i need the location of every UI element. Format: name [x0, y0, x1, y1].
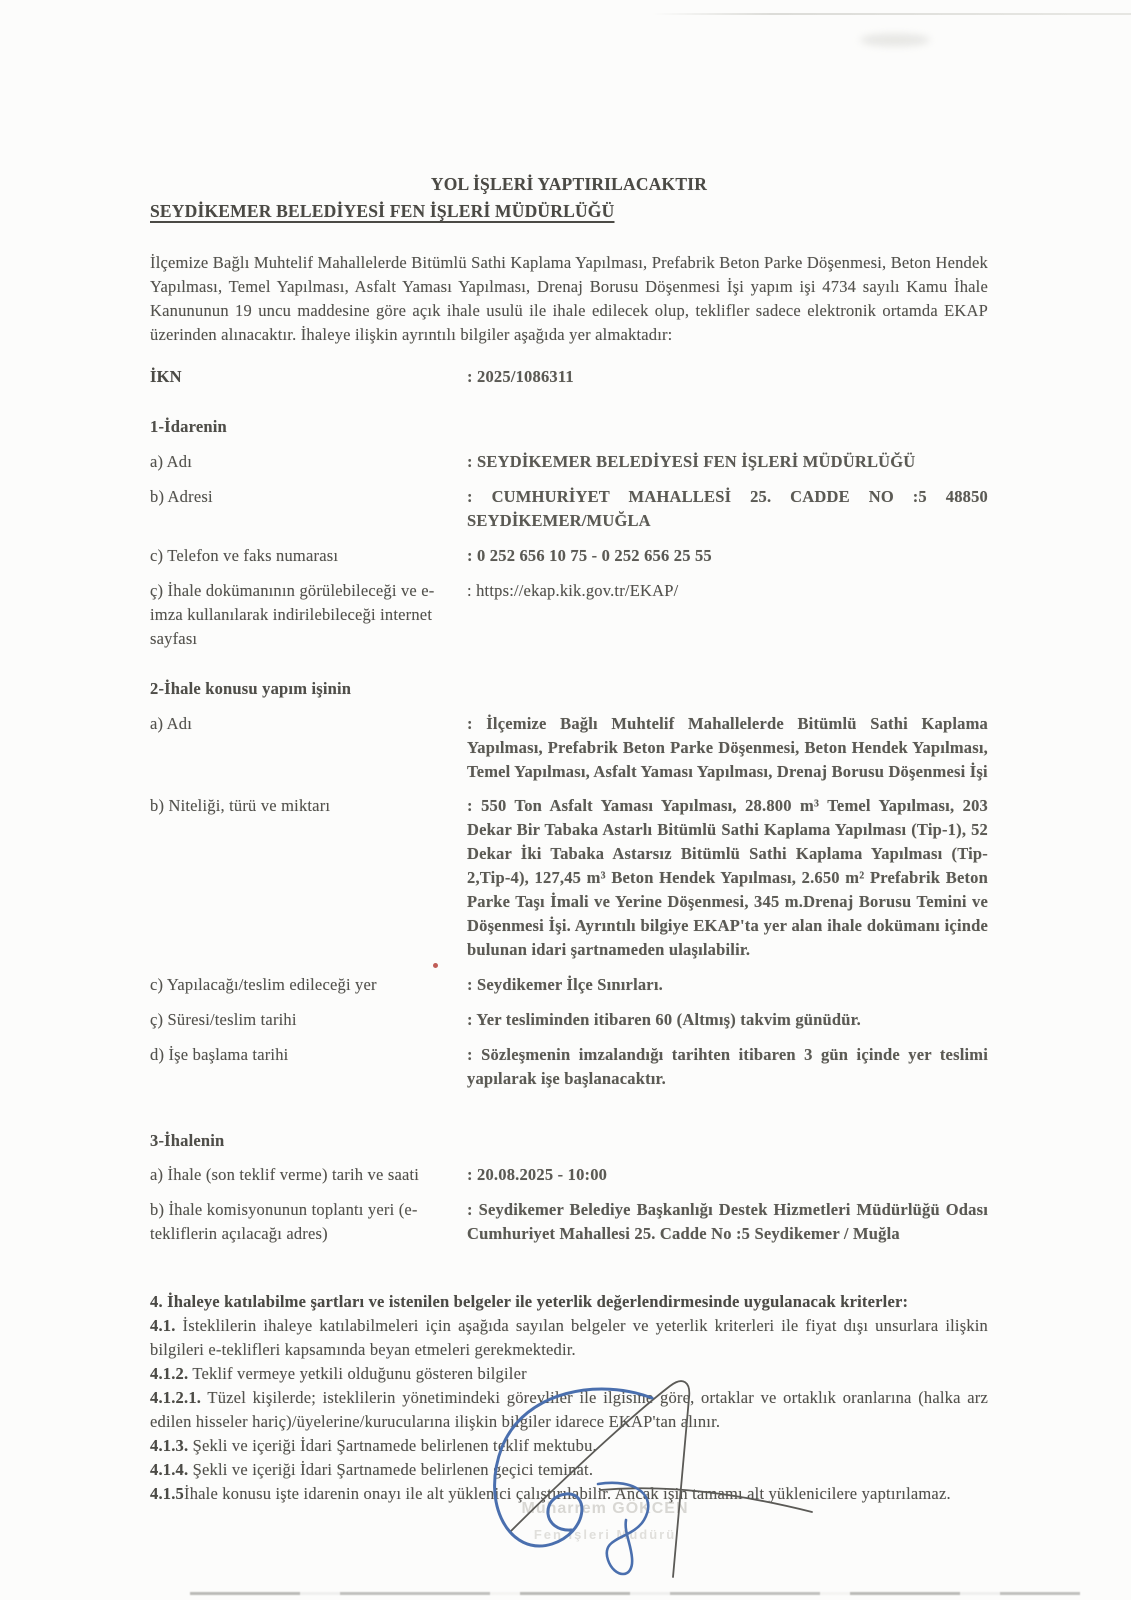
- row-value: : 20.08.2025 - 10:00: [467, 1163, 988, 1187]
- criteria-item-4-1-2-1: 4.1.2.1. Tüzel kişilerde; isteklilerin y…: [150, 1386, 988, 1434]
- document-body: YOL İŞLERİ YAPTIRILACAKTIR SEYDİKEMER BE…: [150, 172, 988, 1506]
- ikn-row: İKN : 2025/1086311: [150, 365, 988, 389]
- row-label: d) İşe başlama tarihi: [150, 1043, 467, 1091]
- document-title: YOL İŞLERİ YAPTIRILACAKTIR: [150, 172, 988, 197]
- official-stamp-text: Muharrem GÖKCEN Fen İşleri Müdürü: [455, 1497, 755, 1545]
- criteria-item-4-1-2: 4.1.2. Teklif vermeye yetkili olduğunu g…: [150, 1362, 988, 1386]
- section1-heading: 1-İdarenin: [150, 415, 988, 439]
- row-value: : Seydikemer İlçe Sınırları.: [467, 973, 988, 997]
- row-telefon-faks: c) Telefon ve faks numarası : 0 252 656 …: [150, 544, 988, 568]
- row-ise-baslama: d) İşe başlama tarihi : Sözleşmenin imza…: [150, 1043, 988, 1091]
- row-value-ekap-link: : https://ekap.kik.gov.tr/EKAP/: [467, 579, 988, 651]
- row-idare-adi: a) Adı : SEYDİKEMER BELEDİYESİ FEN İŞLER…: [150, 450, 988, 474]
- criteria-item-4-1: 4.1. İsteklilerin ihaleye katılabilmeler…: [150, 1314, 988, 1362]
- scan-artifact-smudge: [860, 34, 930, 46]
- criteria-heading: 4. İhaleye katılabilme şartları ve isten…: [150, 1290, 988, 1314]
- intro-paragraph: İlçemize Bağlı Muhtelif Mahallelerde Bit…: [150, 251, 988, 347]
- row-value: : Sözleşmenin imzalandığı tarihten itiba…: [467, 1043, 988, 1091]
- row-value: : Yer tesliminden itibaren 60 (Altmış) t…: [467, 1008, 988, 1032]
- row-label: b) İhale komisyonunun toplantı yeri (e-t…: [150, 1198, 467, 1246]
- stamp-title: Fen İşleri Müdürü: [455, 1526, 755, 1545]
- stamp-name: Muharrem GÖKCEN: [455, 1497, 755, 1520]
- row-value: : CUMHURİYET MAHALLESİ 25. CADDE NO :5 4…: [467, 485, 988, 533]
- ikn-value: : 2025/1086311: [467, 365, 988, 389]
- row-nitelik-tur-miktar: b) Niteliği, türü ve miktarı : 550 Ton A…: [150, 794, 988, 961]
- criteria-item-4-1-4: 4.1.4. Şekli ve içeriği İdari Şartnamede…: [150, 1458, 988, 1482]
- row-is-adi: a) Adı : İlçemize Bağlı Muhtelif Mahalle…: [150, 712, 988, 784]
- row-idare-adresi: b) Adresi : CUMHURİYET MAHALLESİ 25. CAD…: [150, 485, 988, 533]
- scan-artifact-bottom-line: [190, 1592, 1080, 1595]
- row-sure-teslim-tarihi: ç) Süresi/teslim tarihi : Yer tesliminde…: [150, 1008, 988, 1032]
- row-value: : 550 Ton Asfalt Yaması Yapılması, 28.80…: [467, 794, 988, 961]
- row-value: : İlçemize Bağlı Muhtelif Mahallelerde B…: [467, 712, 988, 784]
- scanned-tender-document: YOL İŞLERİ YAPTIRILACAKTIR SEYDİKEMER BE…: [0, 0, 1131, 1600]
- document-subtitle: SEYDİKEMER BELEDİYESİ FEN İŞLERİ MÜDÜRLÜ…: [150, 199, 614, 224]
- row-label: b) Adresi: [150, 485, 467, 533]
- section3-heading: 3-İhalenin: [150, 1129, 988, 1153]
- row-label: ç) Süresi/teslim tarihi: [150, 1008, 467, 1032]
- row-teslim-yeri: c) Yapılacağı/teslim edileceği yer : Sey…: [150, 973, 988, 997]
- row-label: a) İhale (son teklif verme) tarih ve saa…: [150, 1163, 467, 1187]
- row-ekap-url: ç) İhale dokümanının görülebileceği ve e…: [150, 579, 988, 651]
- row-value: : Seydikemer Belediye Başkanlığı Destek …: [467, 1198, 988, 1246]
- row-label: a) Adı: [150, 450, 467, 474]
- row-komisyon-toplanti-yeri: b) İhale komisyonunun toplantı yeri (e-t…: [150, 1198, 988, 1246]
- ikn-label: İKN: [150, 365, 467, 389]
- row-label: c) Telefon ve faks numarası: [150, 544, 467, 568]
- section4-criteria: 4. İhaleye katılabilme şartları ve isten…: [150, 1290, 988, 1505]
- row-value: : SEYDİKEMER BELEDİYESİ FEN İŞLERİ MÜDÜR…: [467, 450, 988, 474]
- row-label: c) Yapılacağı/teslim edileceği yer: [150, 973, 467, 997]
- row-ihale-tarih-saat: a) İhale (son teklif verme) tarih ve saa…: [150, 1163, 988, 1187]
- row-value: : 0 252 656 10 75 - 0 252 656 25 55: [467, 544, 988, 568]
- criteria-item-4-1-3: 4.1.3. Şekli ve içeriği İdari Şartnamede…: [150, 1434, 988, 1458]
- row-label: a) Adı: [150, 712, 467, 784]
- row-label: b) Niteliği, türü ve miktarı: [150, 794, 467, 961]
- section2-heading: 2-İhale konusu yapım işinin: [150, 677, 988, 701]
- scan-artifact-top-line: [652, 13, 1131, 15]
- scan-artifact-red-dot: [433, 963, 438, 968]
- row-label: ç) İhale dokümanının görülebileceği ve e…: [150, 579, 467, 651]
